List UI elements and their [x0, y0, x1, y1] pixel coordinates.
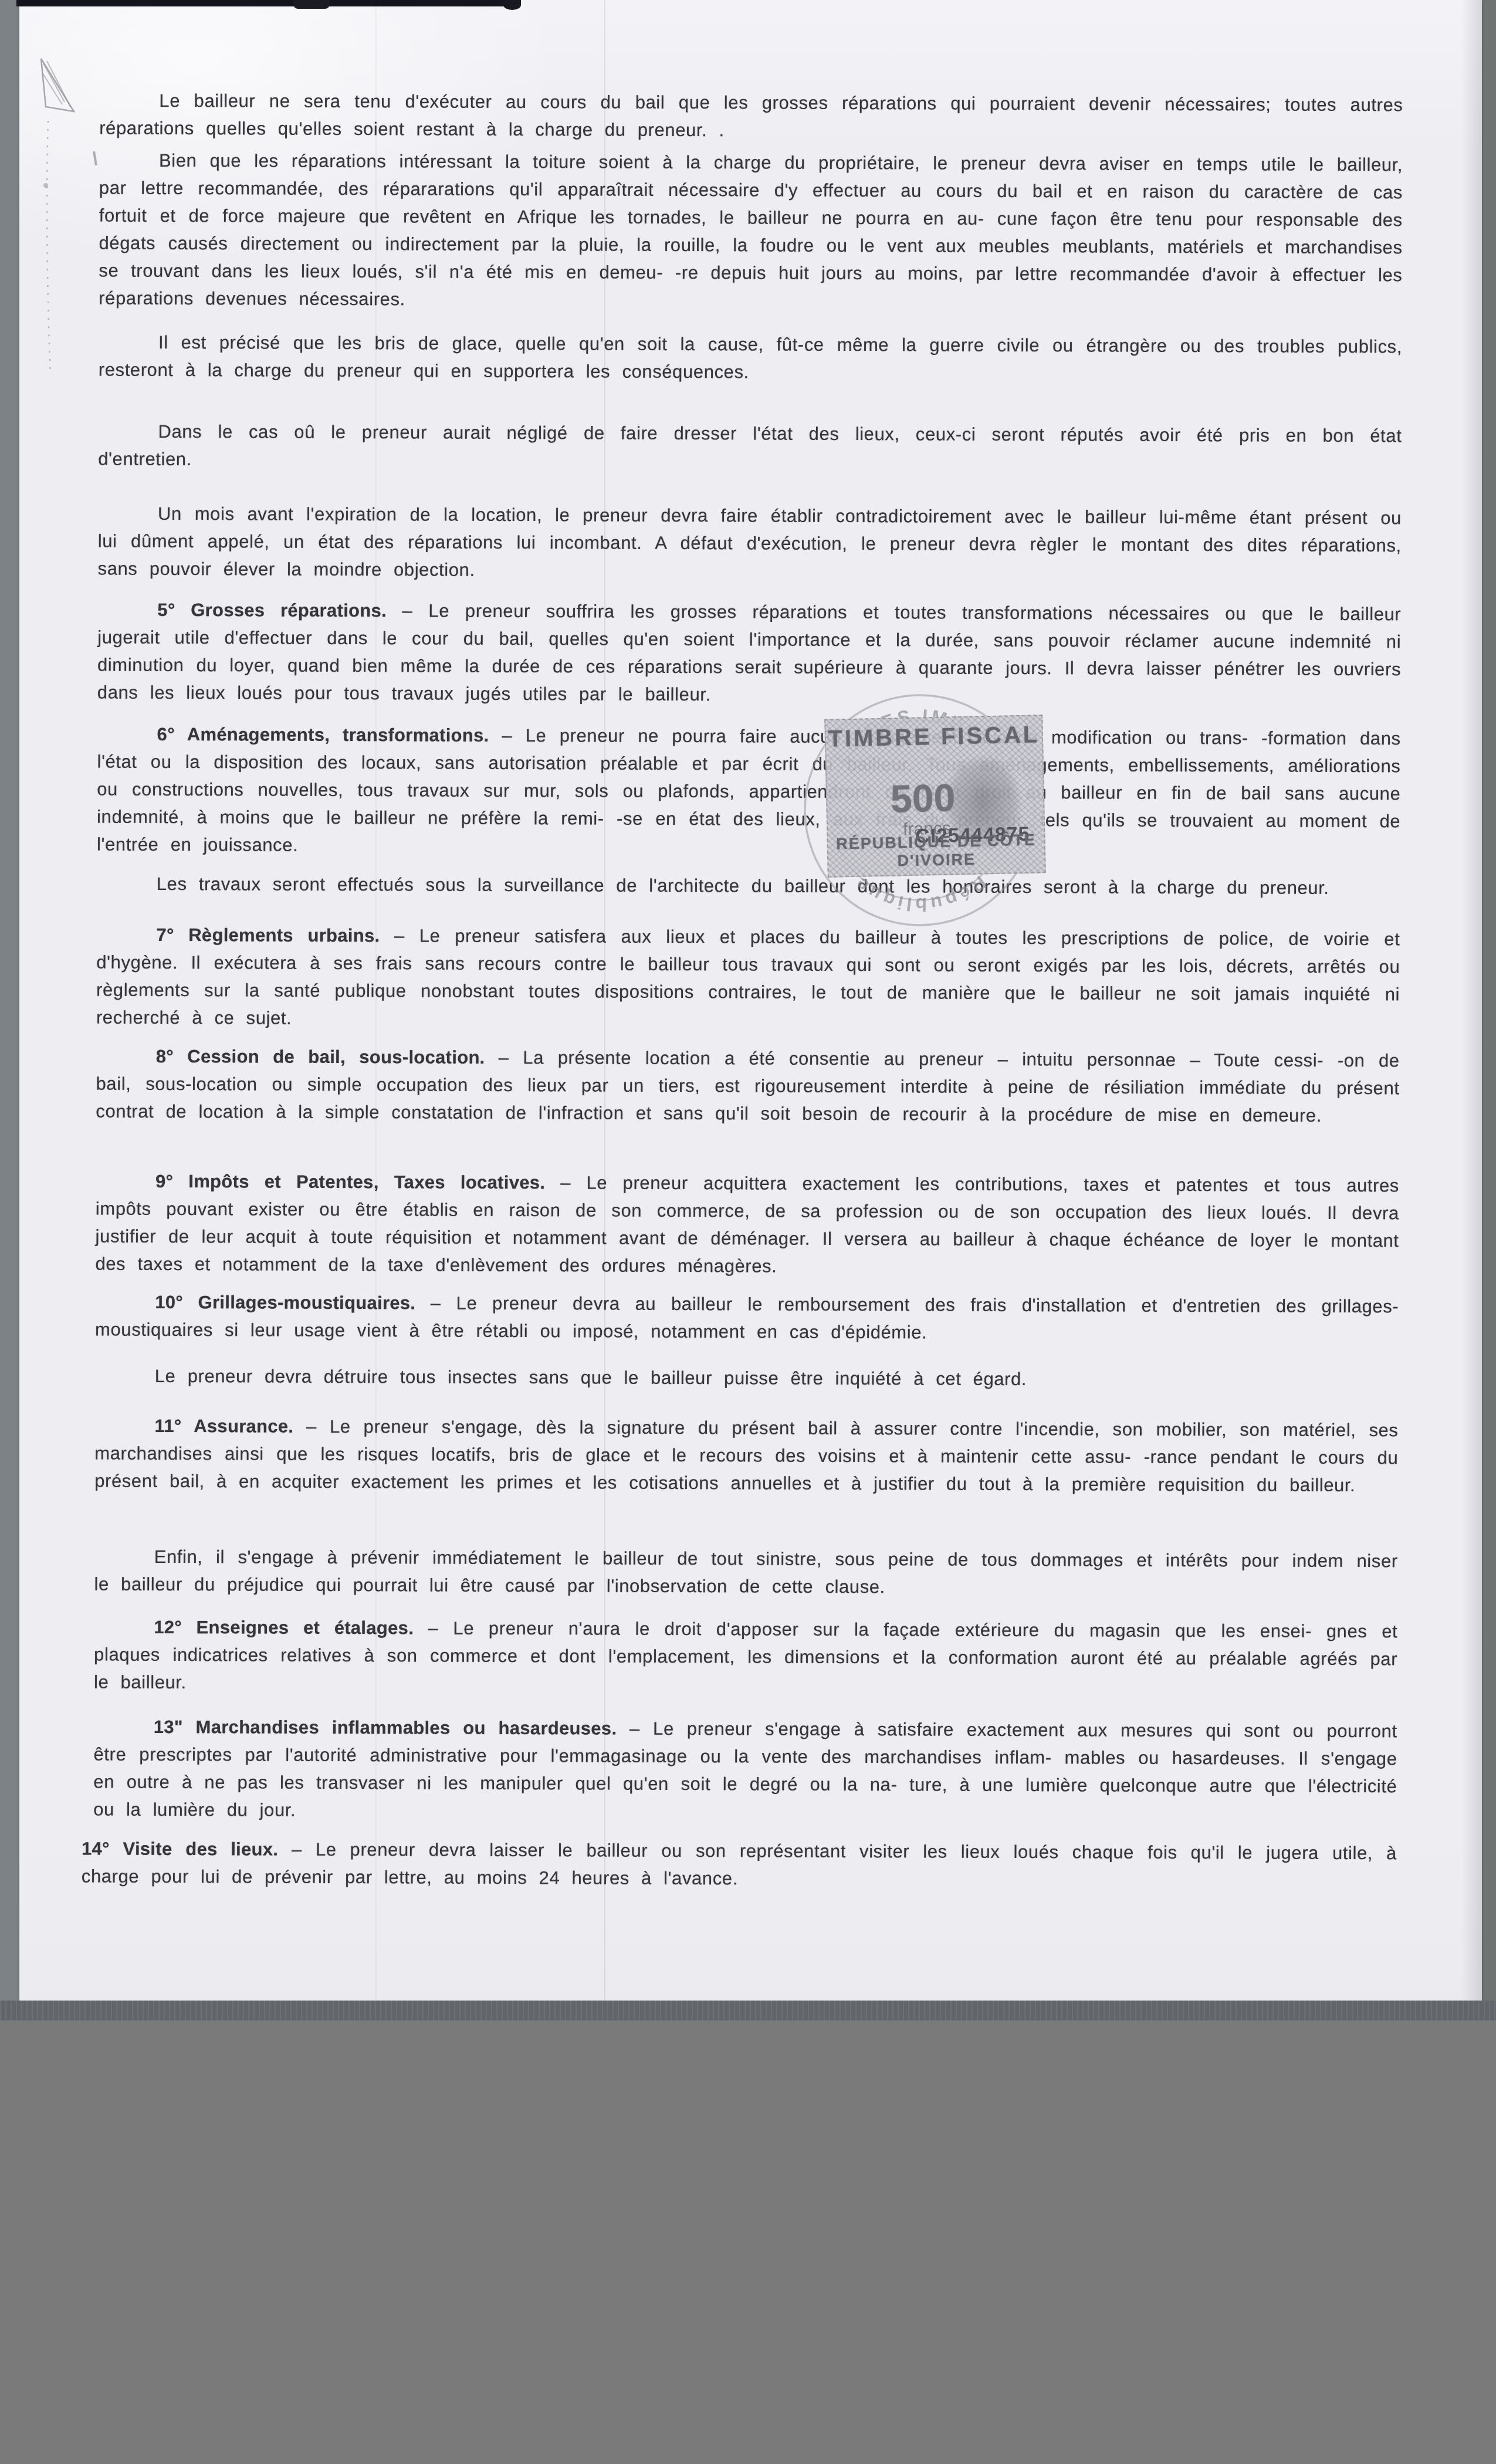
scanned-lease-document: Le bailleur ne sera tenu d'exécuter au c… [0, 0, 1496, 2464]
paragraph: Les travaux seront effectués sous la sur… [97, 870, 1400, 902]
paragraph-clause-13: 13" Marchandises inflammables ou hasarde… [93, 1713, 1397, 1828]
paragraph-clause-8: 8° Cession de bail, sous-location.– La p… [96, 1043, 1399, 1130]
paragraph: Bien que les réparations intéressant la … [99, 147, 1403, 317]
paragraph: Il est précisé que les bris de glace, qu… [99, 329, 1402, 388]
paragraph-clause-11: 11° Assurance.– Le preneur s'engage, dès… [94, 1412, 1398, 1500]
fiscal-stamp-country: RÉPUBLIQUE DE CÔTE D'IVOIRE [828, 831, 1044, 872]
paragraph-clause-12: 12° Enseignes et étalages.– Le preneur n… [94, 1613, 1397, 1701]
paper-bottom-shadow [0, 2001, 1496, 2020]
clause-text: Enfin, il s'engage à prévenir immédiatem… [94, 1546, 1398, 1597]
clause-heading: 6° Aménagements, transformations. [157, 724, 502, 746]
paragraph-clause-5: 5° Grosses réparations.– Le preneur souf… [97, 596, 1402, 711]
clause-text: Bien que les réparations intéressant la … [99, 150, 1403, 309]
paragraph: Le preneur devra détruire tous insectes … [95, 1362, 1399, 1395]
paragraph-clause-6: 6° Aménagements, transformations.– Le pr… [97, 720, 1401, 863]
clause-heading: 7° Règlements urbains. [156, 925, 394, 946]
clause-heading: 5° Grosses réparations. [157, 600, 402, 621]
clause-heading: 11° Assurance. [154, 1416, 306, 1437]
clause-text: Un mois avant l'expiration de la locatio… [98, 503, 1402, 580]
round-stamp-bottom-text: République [849, 872, 991, 915]
paragraph-clause-10: 10° Grillages-moustiquaires.– Le preneur… [95, 1288, 1399, 1348]
clause-heading: 10° Grillages-moustiquaires. [155, 1292, 431, 1314]
clause-text: Les travaux seront effectués sous la sur… [157, 874, 1329, 898]
clause-heading: 14° Visite des lieux. [82, 1838, 292, 1859]
paragraph: Le bailleur ne sera tenu d'exécuter au c… [99, 87, 1403, 147]
paragraph: Dans le cas oû le preneur aurait négligé… [98, 418, 1402, 478]
clause-text: Le bailleur ne sera tenu d'exécuter au c… [99, 90, 1403, 140]
clause-heading: 9° Impôts et Patentes, Taxes locatives. [155, 1171, 560, 1193]
paragraph-clause-14: 14° Visite des lieux.– Le preneur devra … [82, 1835, 1397, 1894]
clause-heading: 8° Cession de bail, sous-location. [156, 1046, 499, 1068]
clause-text: Dans le cas oû le preneur aurait négligé… [98, 421, 1402, 469]
clause-heading: 12° Enseignes et étalages. [154, 1617, 428, 1639]
clause-text: Le preneur devra détruire tous insectes … [155, 1366, 1027, 1389]
document-text: Le bailleur ne sera tenu d'exécuter au c… [0, 0, 1496, 2006]
paragraph: Enfin, il s'engage à prévenir immédiatem… [94, 1543, 1397, 1603]
clause-text: Il est précisé que les bris de glace, qu… [99, 332, 1402, 383]
clause-heading: 13" Marchandises inflammables ou hasarde… [154, 1717, 630, 1739]
paragraph-clause-9: 9° Impôts et Patentes, Taxes locatives.–… [95, 1167, 1399, 1282]
fiscal-stamp-title: TIMBRE FISCAL [825, 722, 1042, 753]
paragraph-clause-7: 7° Règlements urbains.– Le preneur satis… [96, 921, 1400, 1036]
fiscal-stamp-value: 500 [890, 775, 956, 821]
fiscal-stamp: TIMBRE FISCAL 500 francs CI25444875 RÉPU… [824, 715, 1046, 878]
paragraph: Un mois avant l'expiration de la locatio… [98, 500, 1402, 587]
